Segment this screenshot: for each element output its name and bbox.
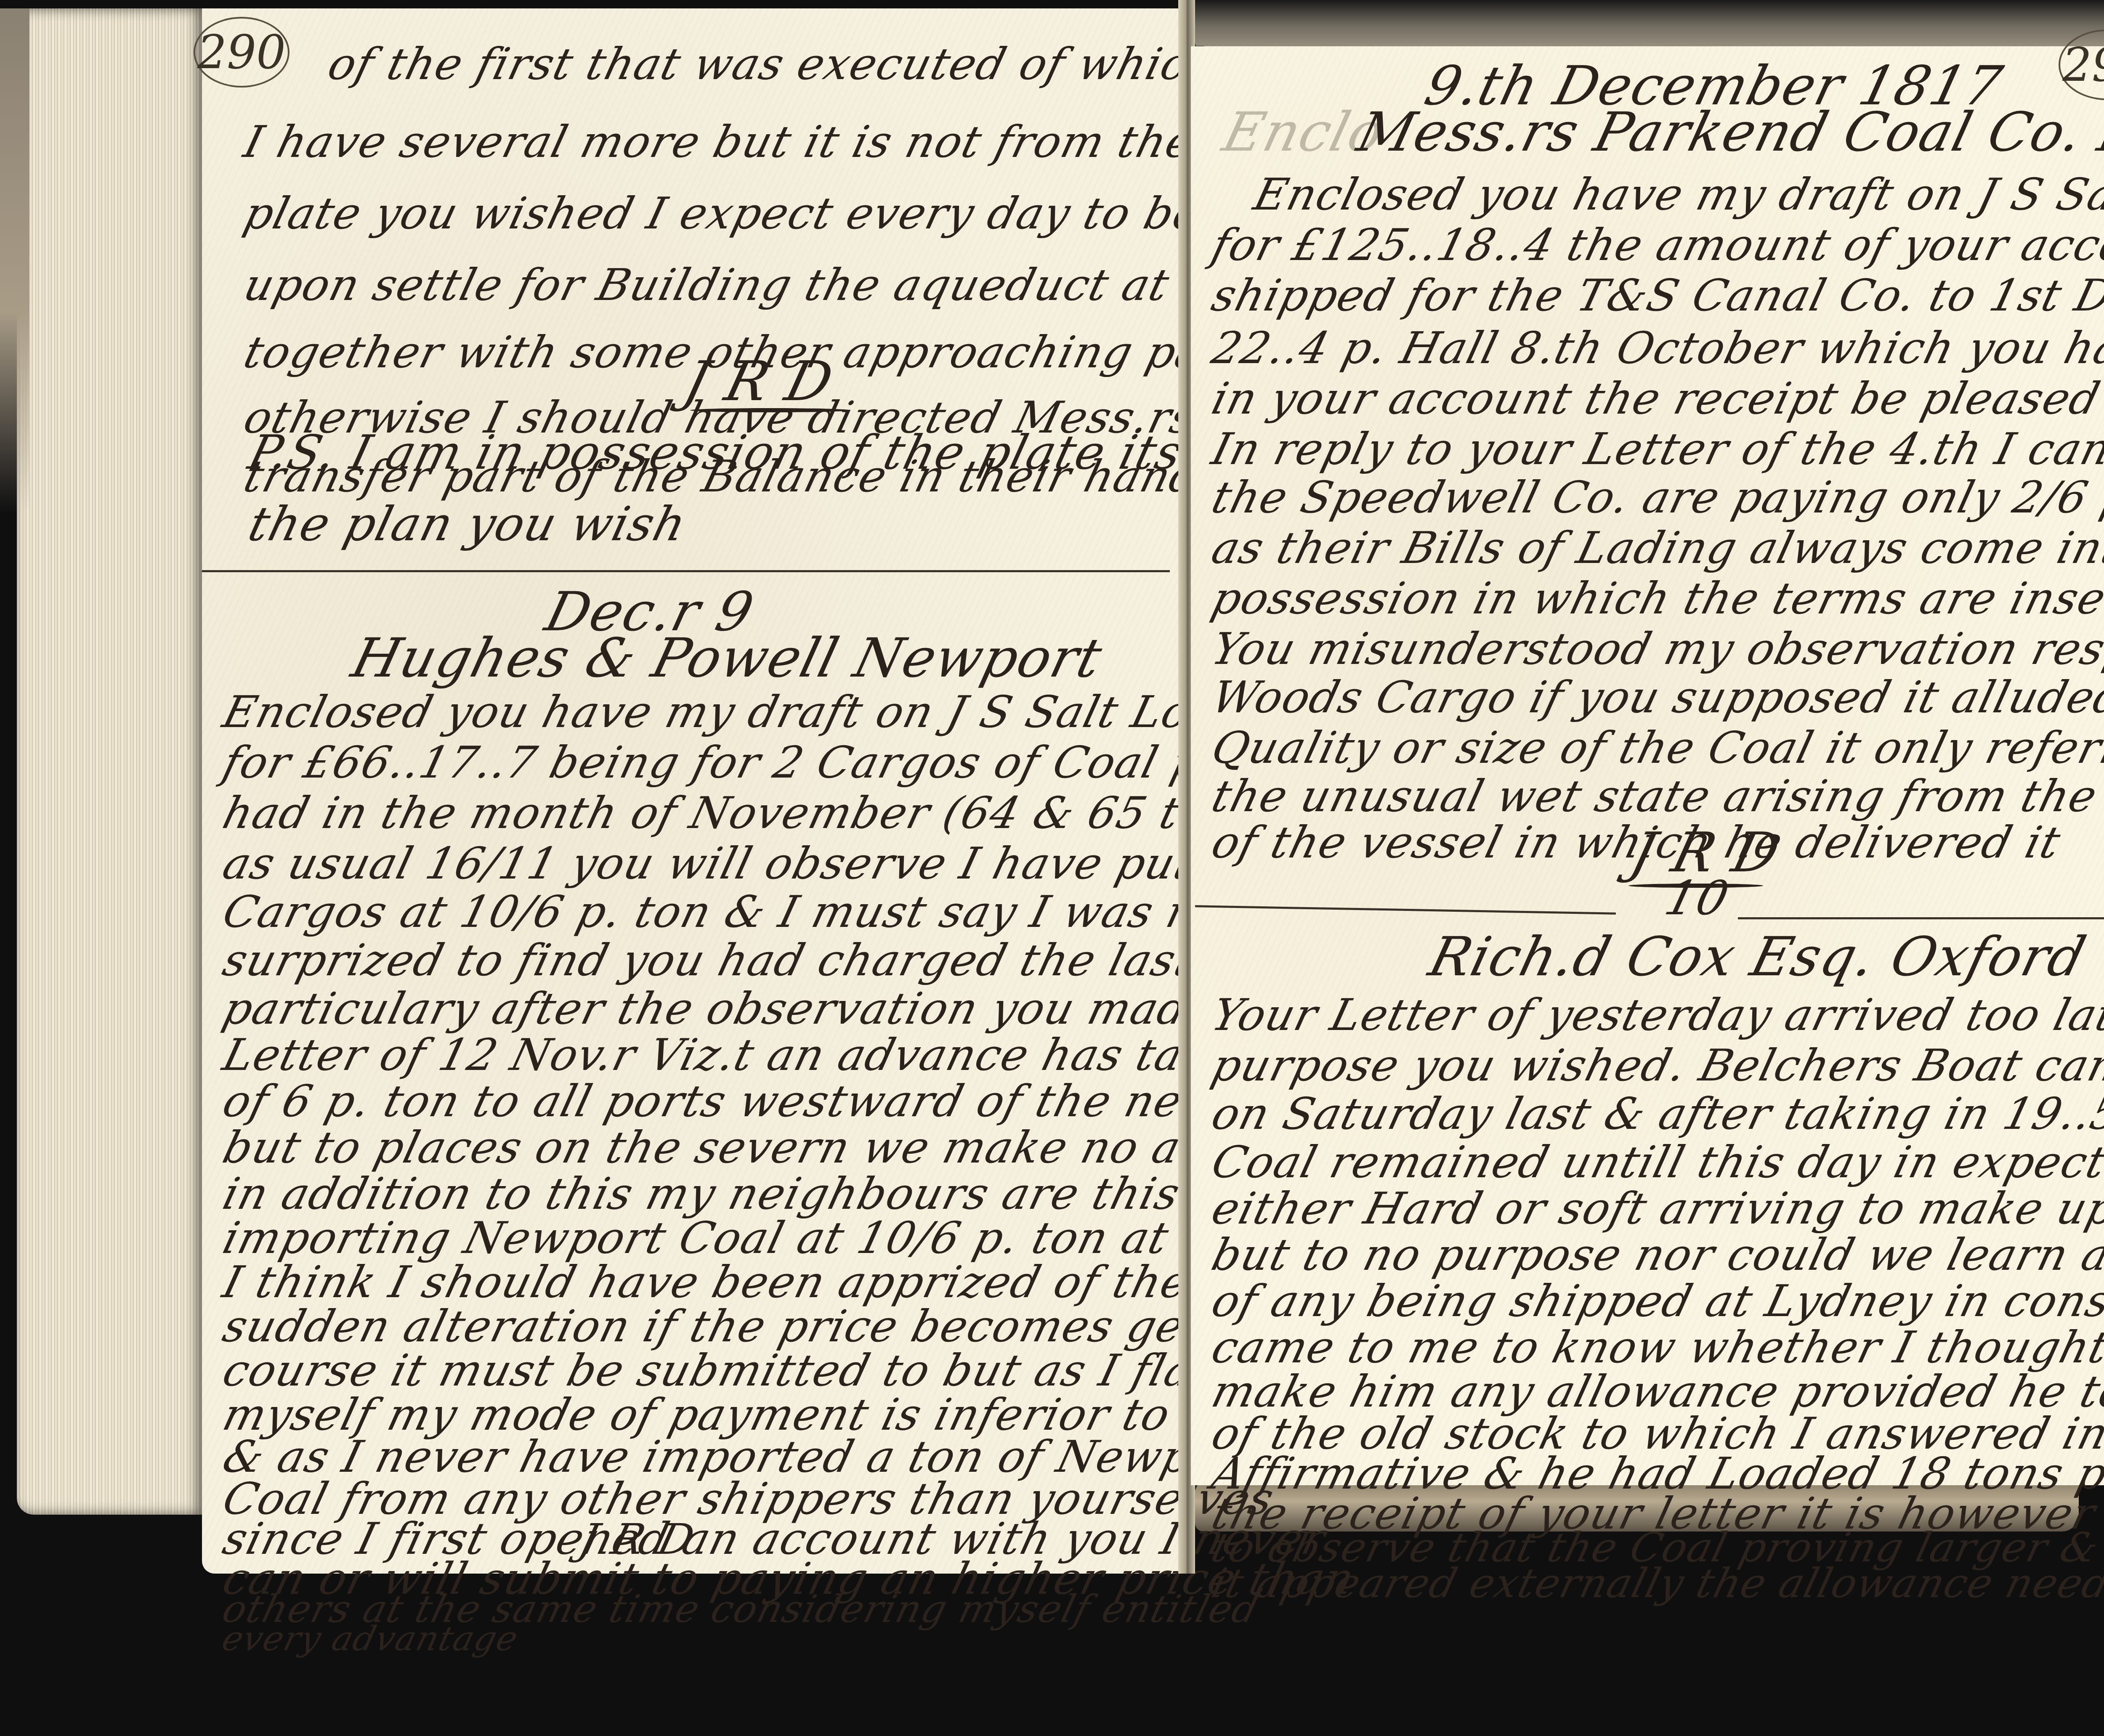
text-line: came to me to know whether I thought you…: [1208, 1325, 2104, 1369]
section-divider: [1195, 905, 1616, 914]
letter-addressee: Mess.rs Parkend Coal Co. Lydney: [1351, 101, 2104, 164]
text-line: Your Letter of yesterday arrived too lat…: [1208, 993, 2104, 1037]
text-line: Quality or size of the Coal it only refe…: [1208, 726, 2104, 770]
text-line: shipped for the T&S Canal Co. to 1st Dec…: [1208, 273, 2104, 317]
text-line: it appeared externally the allowance nee…: [1208, 1563, 2104, 1603]
text-line: of any being shipped at Lydney in conseq…: [1208, 1279, 2104, 1323]
text-line: the plan you wish: [244, 501, 691, 548]
right-page: 291 9.th December 1817 Enclo Mess.rs Par…: [1191, 46, 2104, 1485]
text-line: every advantage: [219, 1622, 522, 1656]
signature-flourish: [690, 408, 850, 412]
text-line: either Hard or soft arriving to make up …: [1208, 1187, 2104, 1230]
text-line: for £125..18..4 the amount of your accou…: [1208, 223, 2104, 267]
binding-top-edge: [1195, 0, 2104, 50]
text-line: the unusual wet state arising from the L…: [1208, 774, 2104, 818]
text-line: 22..4 p. Hall 8.th October which you hav…: [1208, 326, 2104, 370]
text-line: & as I never have imported a ton of Newp…: [219, 1435, 1264, 1479]
text-line: purpose you wished. Belchers Boat came h…: [1208, 1043, 2104, 1087]
text-line: but to no purpose nor could we learn any…: [1208, 1233, 2104, 1277]
left-page-block-edges: [17, 8, 202, 1515]
text-line: I have several more but it is not from t…: [240, 120, 1199, 164]
section-divider: [202, 570, 1170, 572]
letter-addressee: Hughes & Powell Newport: [345, 627, 1108, 690]
text-line: Enclosed you have my draft on J S Salt L…: [1250, 173, 2104, 216]
text-line: possession in which the terms are insert…: [1208, 576, 2104, 620]
signature-initials: J R D: [574, 1515, 700, 1564]
text-line: In reply to your Letter of the 4.th I ca…: [1208, 427, 2104, 471]
page-number-right: 291: [2059, 29, 2104, 100]
text-line: in your account the receipt be pleased t…: [1208, 377, 2104, 420]
text-line: Enclosed you have my draft on J S Salt L…: [219, 690, 1309, 734]
left-page: 290 of the first that was executed of wh…: [202, 8, 1178, 1574]
text-line: of the first that was executed of which: [324, 42, 1222, 86]
text-line: make him any allowance provided he took …: [1208, 1370, 2104, 1413]
text-line: the Speedwell Co. are paying only 2/6 p.…: [1208, 475, 2104, 519]
text-line: Woods Cargo if you supposed it alluded t…: [1208, 675, 2104, 719]
text-line: P.S. I am in possession of the plate its…: [244, 429, 1313, 476]
text-line: as their Bills of Lading always come int…: [1208, 526, 2104, 570]
text-line: as usual 16/11 you will observe I have p…: [219, 841, 1317, 885]
section-divider: [1738, 917, 2104, 919]
text-line: You misunderstood my observation respect…: [1208, 627, 2104, 671]
text-line: Coal remained untill this day in expecta…: [1208, 1140, 2104, 1184]
page-number-left: 290: [194, 17, 290, 88]
text-line: course it must be submitted to but as I …: [219, 1348, 1283, 1392]
letter-addressee: Rich.d Cox Esq. Oxford: [1423, 926, 2092, 988]
text-line: myself my mode of payment is inferior to…: [219, 1393, 1302, 1436]
book-spread: 290 of the first that was executed of wh…: [0, 0, 2104, 1736]
signature-initials: J R D: [678, 349, 840, 413]
text-line: on Saturday last & after taking in 19..5…: [1208, 1092, 2104, 1136]
letter-date: 10: [1660, 871, 1735, 926]
